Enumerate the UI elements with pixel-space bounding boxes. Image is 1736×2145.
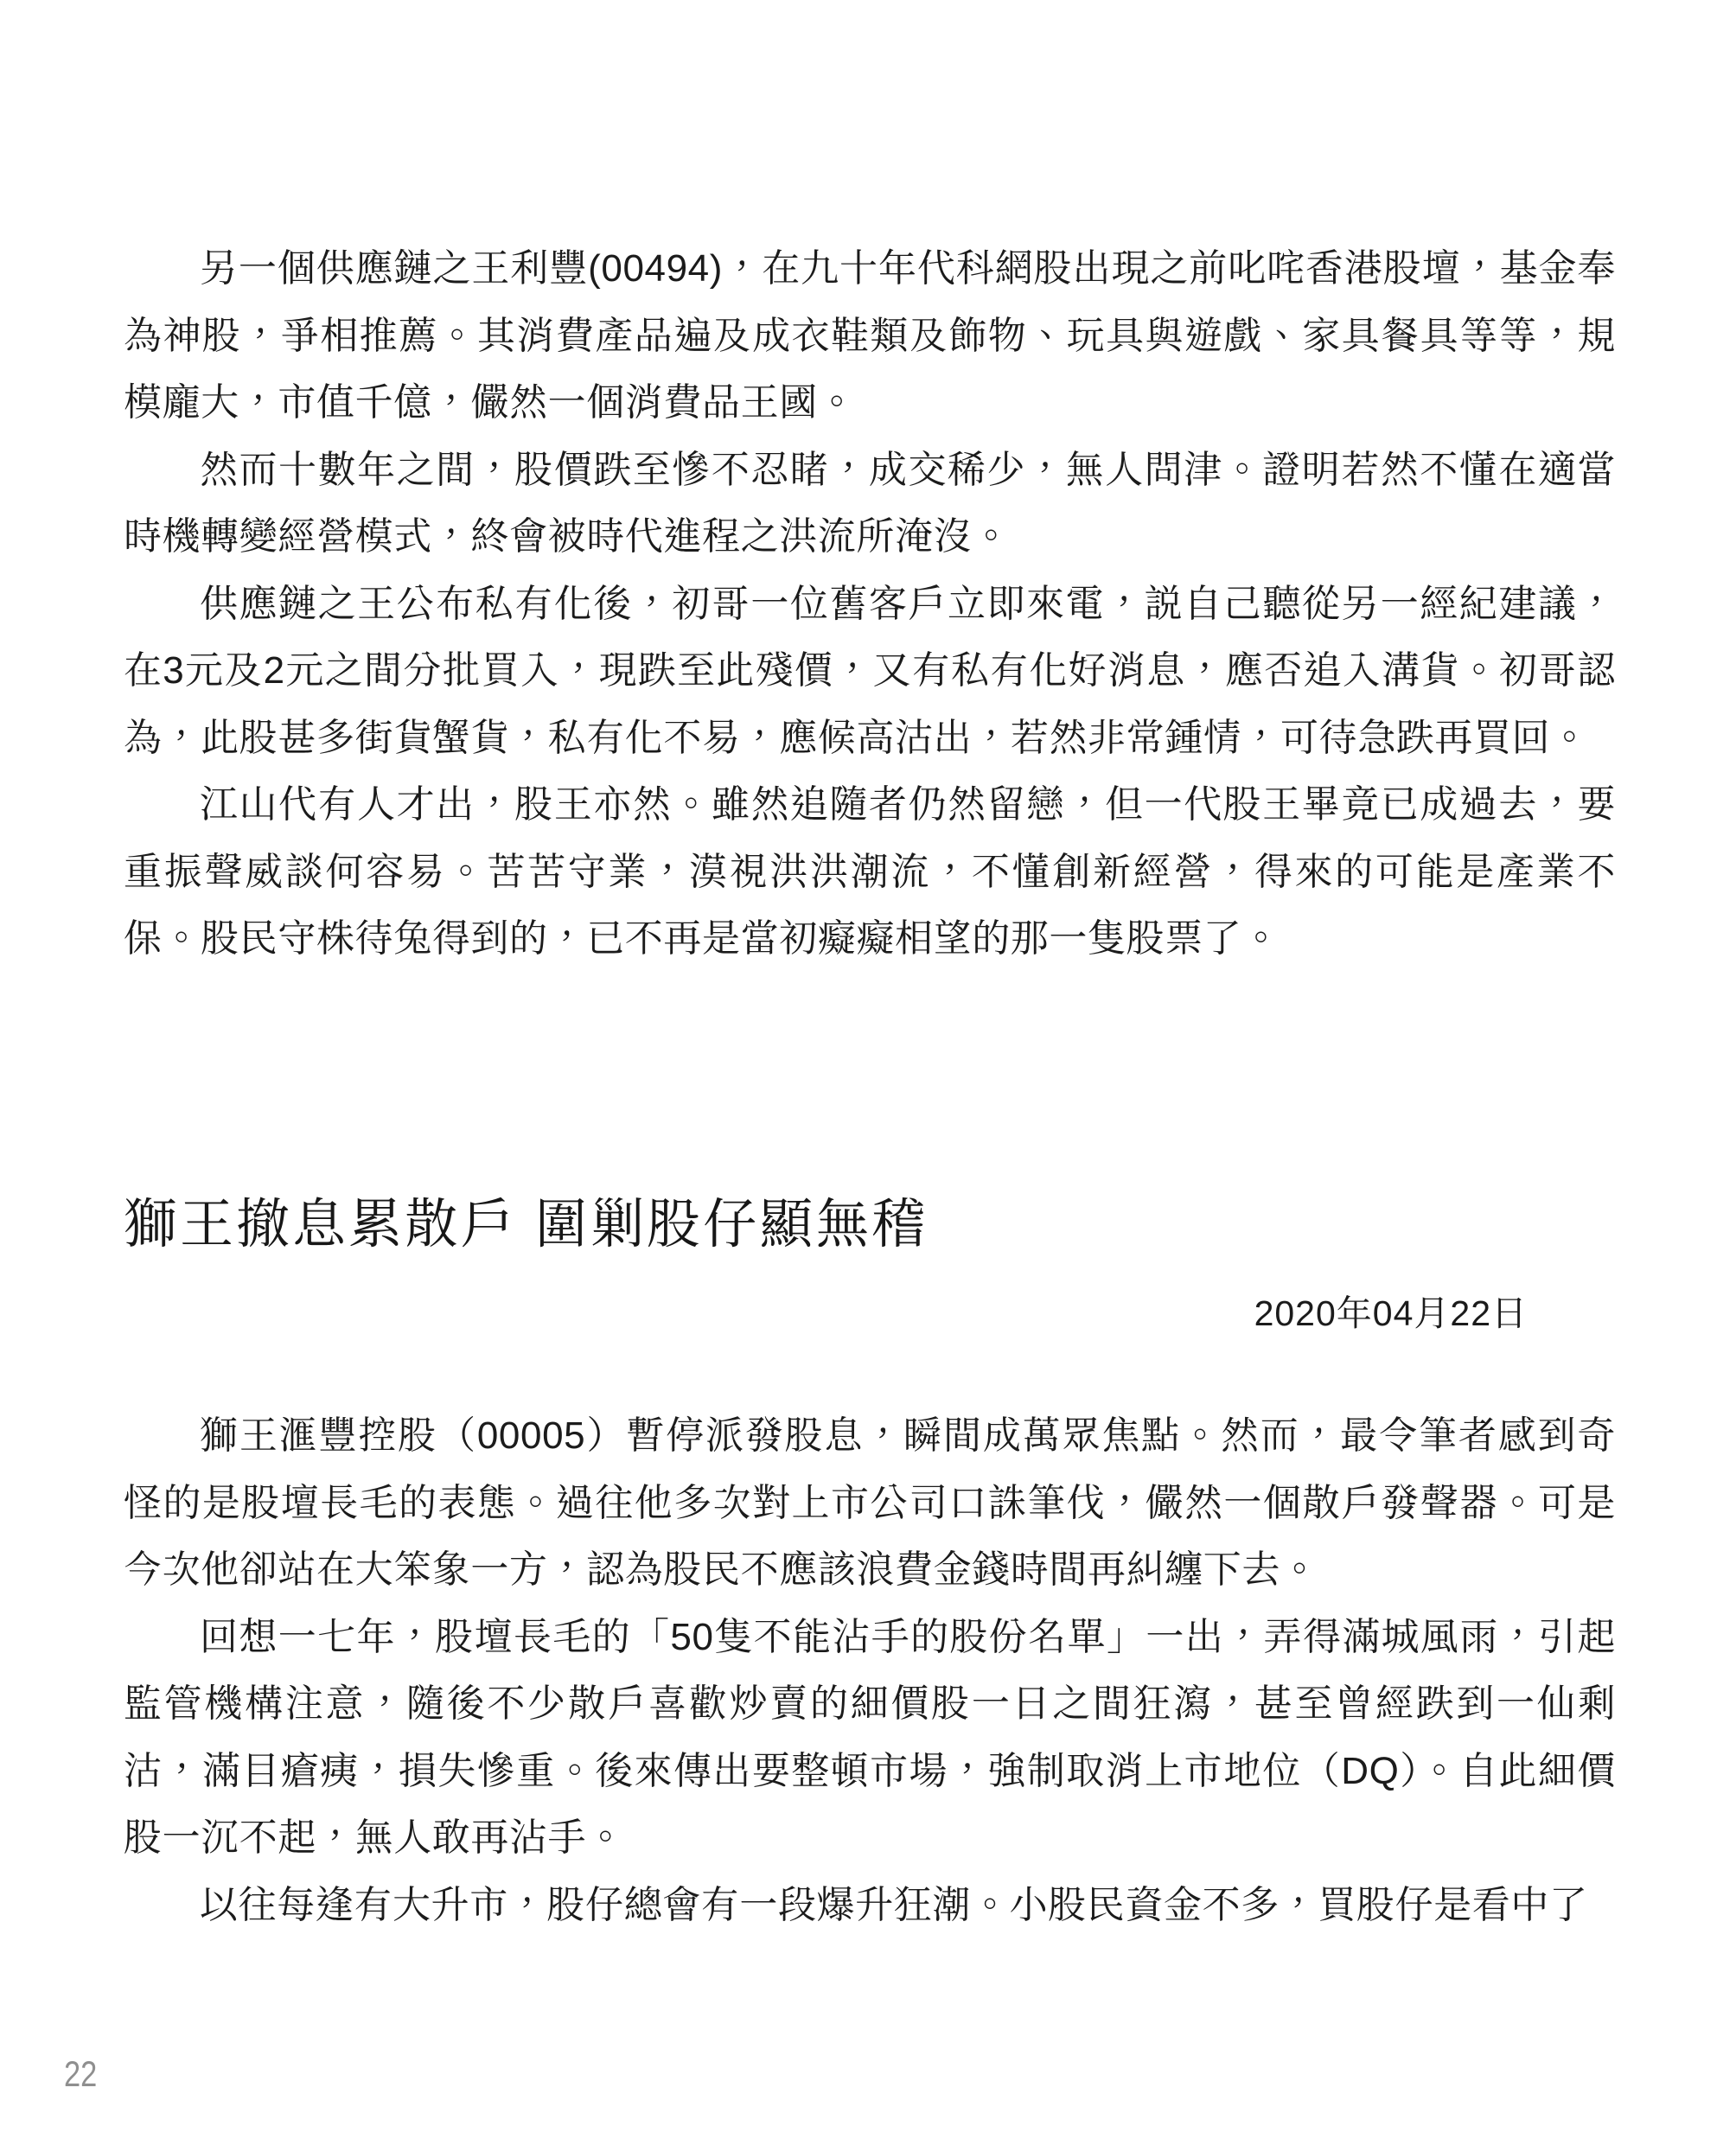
previous-article-text: 另一個供應鏈之王利豐(00494)，在九十年代科網股出現之前叱咤香港股壇，基金奉… — [124, 235, 1616, 973]
book-page: 另一個供應鏈之王利豐(00494)，在九十年代科網股出現之前叱咤香港股壇，基金奉… — [0, 0, 1736, 2145]
paragraph: 獅王滙豐控股（00005）暫停派發股息，瞬間成萬眾焦點。然而，最令筆者感到奇怪的… — [124, 1402, 1616, 1604]
article-text: 獅王滙豐控股（00005）暫停派發股息，瞬間成萬眾焦點。然而，最令筆者感到奇怪的… — [124, 1402, 1616, 1938]
paragraph: 另一個供應鏈之王利豐(00494)，在九十年代科網股出現之前叱咤香港股壇，基金奉… — [124, 235, 1616, 437]
page-number: 22 — [64, 2053, 97, 2095]
paragraph: 江山代有人才出，股王亦然。雖然追隨者仍然留戀，但一代股王畢竟已成過去，要重振聲威… — [124, 771, 1616, 973]
paragraph: 供應鏈之王公布私有化後，初哥一位舊客戶立即來電，説自己聽從另一經紀建議，在3元及… — [124, 571, 1616, 772]
paragraph: 以往每逢有大升市，股仔總會有一段爆升狂潮。小股民資金不多，買股仔是看中了 — [124, 1872, 1616, 1939]
article-date: 2020年04月22日 — [1254, 1285, 1528, 1336]
paragraph: 回想一七年，股壇長毛的「50隻不能沾手的股份名單」一出，弄得滿城風雨，引起監管機… — [124, 1604, 1616, 1872]
article-title: 獅王撤息累散戶 圍剿股仔顯無稽 — [124, 1181, 928, 1258]
paragraph: 然而十數年之間，股價跌至慘不忍睹，成交稀少，無人問津。證明若然不懂在適當時機轉變… — [124, 437, 1616, 571]
